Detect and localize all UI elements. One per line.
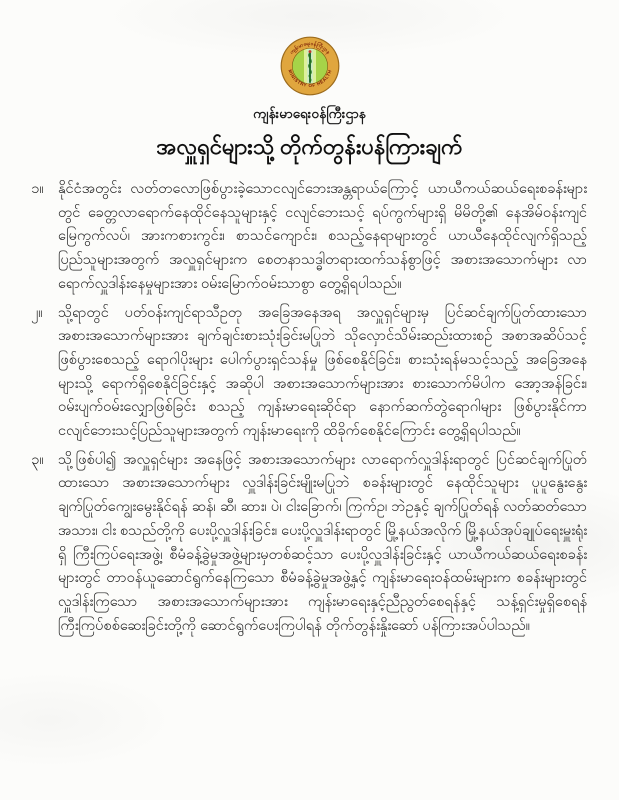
seal-emblem	[304, 48, 316, 84]
paragraph-text: သို့ဖြစ်ပါ၍ အလှူရှင်များ အနေဖြင့် အစားအသ…	[58, 449, 587, 639]
logo-container: ကျန်းမာရေးဝန်ကြီးဌာန MINISTRY OF HEALTH	[0, 0, 619, 96]
document-page: ကျန်းမာရေးဝန်ကြီးဌာန MINISTRY OF HEALTH …	[0, 0, 619, 800]
ministry-of-health-seal-icon: ကျန်းမာရေးဝန်ကြီးဌာန MINISTRY OF HEALTH	[280, 36, 340, 96]
paragraph-number: ၃။	[31, 449, 58, 639]
paragraph-text: သို့ရာတွင် ပတ်ဝန်းကျင်ရာသီဥတု အခြေအနေအရ …	[58, 302, 587, 444]
page-title: အလှူရှင်များသို့ တိုက်တွန်းပန်ကြားချက်	[0, 132, 619, 165]
snake-head	[308, 50, 311, 53]
paragraph-1: ၁။ နိုင်ငံအတွင်း လတ်တလောဖြစ်ပွားခဲ့သောငလ…	[31, 178, 587, 297]
document-body: ၁။ နိုင်ငံအတွင်း လတ်တလောဖြစ်ပွားခဲ့သောငလ…	[31, 178, 587, 638]
ministry-name: ကျန်းမာရေးဝန်ကြီးဌာန	[0, 105, 619, 125]
paragraph-number: ၁။	[31, 178, 58, 297]
paragraph-2: ၂။ သို့ရာတွင် ပတ်ဝန်းကျင်ရာသီဥတု အခြေအနေ…	[31, 302, 587, 444]
paragraph-text: နိုင်ငံအတွင်း လတ်တလောဖြစ်ပွားခဲ့သောငလျင်…	[58, 178, 587, 297]
paragraph-3: ၃။ သို့ဖြစ်ပါ၍ အလှူရှင်များ အနေဖြင့် အစာ…	[31, 449, 587, 639]
paragraph-number: ၂။	[31, 302, 58, 444]
